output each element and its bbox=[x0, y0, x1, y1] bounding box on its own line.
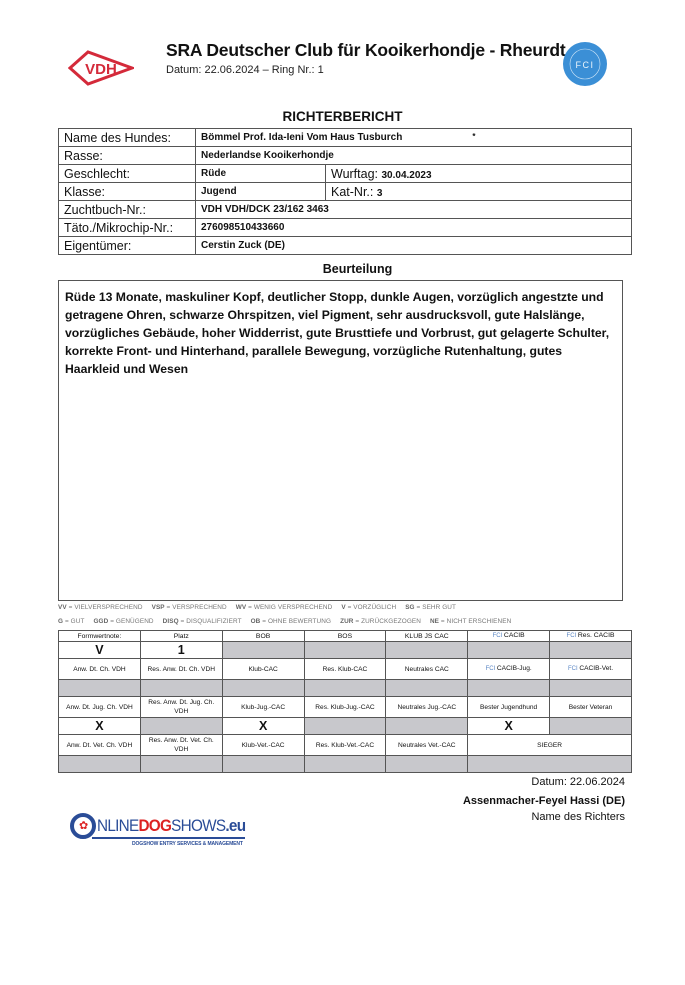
award-mark-cell bbox=[386, 642, 468, 659]
award-label-cell: Res. Anw. Dt. Jug. Ch. VDH bbox=[140, 697, 222, 718]
vdh-logo-text: VDH bbox=[85, 61, 117, 78]
logo-wordmark: NLINEDOGSHOWS.eu bbox=[97, 816, 245, 836]
value-sex: Rüde bbox=[196, 165, 326, 183]
award-mark-cell bbox=[304, 718, 386, 735]
award-label-cell: Neutrales Vet.-CAC bbox=[386, 735, 468, 756]
award-mark-cell bbox=[222, 756, 304, 773]
legend-item: SG = SEHR GUT bbox=[405, 604, 456, 611]
award-header-cell: BOB bbox=[222, 631, 304, 642]
label-owner: Eigentümer: bbox=[59, 237, 196, 255]
award-mark-cell bbox=[386, 756, 468, 773]
award-label-cell: Res. Klub-CAC bbox=[304, 659, 386, 680]
row-owner: Eigentümer: Cerstin Zuck (DE) bbox=[59, 237, 632, 255]
fci-logo: FCI bbox=[562, 41, 608, 87]
awards-label-row: Anw. Dt. Jug. Ch. VDHRes. Anw. Dt. Jug. … bbox=[59, 697, 632, 718]
awards-header-row: Formwertnote:PlatzBOBBOSKLUB JS CACFCI C… bbox=[59, 631, 632, 642]
award-header-cell: Platz bbox=[140, 631, 222, 642]
award-mark-cell bbox=[140, 756, 222, 773]
awards-label-row: Anw. Dt. Vet. Ch. VDHRes. Anw. Dt. Vet. … bbox=[59, 735, 632, 756]
row-class: Klasse: Jugend Kat-Nr.: 3 bbox=[59, 183, 632, 201]
fci-logo-text: FCI bbox=[576, 60, 595, 70]
legend-item: V = VORZÜGLICH bbox=[341, 604, 396, 611]
award-header-cell: Formwertnote: bbox=[59, 631, 141, 642]
legend-item: NE = NICHT ERSCHIENEN bbox=[430, 618, 511, 625]
award-mark-cell: V bbox=[59, 642, 141, 659]
label-class: Klasse: bbox=[59, 183, 196, 201]
award-header-cell: KLUB JS CAC bbox=[386, 631, 468, 642]
logo-ring-icon: ✿ bbox=[70, 813, 96, 839]
assessment-text: Rüde 13 Monate, maskuliner Kopf, deutlic… bbox=[58, 280, 623, 601]
award-label-cell: Anw. Dt. Ch. VDH bbox=[59, 659, 141, 680]
onlinedogshows-logo: ✿ NLINEDOGSHOWS.eu DOGSHOW ENTRY SERVICE… bbox=[70, 813, 255, 853]
assessment-title: Beurteilung bbox=[0, 262, 685, 276]
award-mark-cell bbox=[550, 718, 632, 735]
label-dog-name: Name des Hundes: bbox=[59, 129, 196, 147]
award-header-cell: BOS bbox=[304, 631, 386, 642]
award-mark-cell: X bbox=[59, 718, 141, 735]
award-label-cell: Bester Jugendhund bbox=[468, 697, 550, 718]
legend-item: ZUR = ZURÜCKGEZOGEN bbox=[340, 618, 421, 625]
award-header-cell: FCI CACIB bbox=[468, 631, 550, 642]
row-breed: Rasse: Nederlandse Kooikerhondje bbox=[59, 147, 632, 165]
judge-caption: Name des Richters bbox=[531, 811, 625, 823]
award-label-cell: Res. Anw. Dt. Ch. VDH bbox=[140, 659, 222, 680]
award-mark-cell bbox=[140, 718, 222, 735]
value-dog-name: Bömmel Prof. Ida-Ieni Vom Haus Tusburch* bbox=[196, 129, 632, 147]
row-studbook: Zuchtbuch-Nr.: VDH VDH/DCK 23/162 3463 bbox=[59, 201, 632, 219]
legend-item: G = GUT bbox=[58, 618, 84, 625]
value-date-of-birth: 30.04.2023 bbox=[382, 170, 432, 181]
award-mark-cell bbox=[59, 756, 141, 773]
award-mark-cell bbox=[59, 680, 141, 697]
award-mark-cell bbox=[468, 642, 550, 659]
legend-item: WV = WENIG VERSPRECHEND bbox=[236, 604, 333, 611]
value-microchip: 276098510433660 bbox=[196, 219, 632, 237]
award-mark-cell bbox=[222, 680, 304, 697]
awards-mark-row bbox=[59, 680, 632, 697]
dog-info-table: Name des Hundes: Bömmel Prof. Ida-Ieni V… bbox=[58, 128, 632, 255]
award-mark-cell: X bbox=[222, 718, 304, 735]
award-label-cell: Bester Veteran bbox=[550, 697, 632, 718]
award-mark-cell bbox=[468, 680, 550, 697]
award-mark-cell bbox=[550, 642, 632, 659]
field-catalog-number: Kat-Nr.: 3 bbox=[326, 183, 632, 201]
award-mark-cell: 1 bbox=[140, 642, 222, 659]
award-mark-cell bbox=[386, 718, 468, 735]
label-sex: Geschlecht: bbox=[59, 165, 196, 183]
award-label-cell: Anw. Dt. Jug. Ch. VDH bbox=[59, 697, 141, 718]
award-mark-cell bbox=[550, 680, 632, 697]
award-mark-cell bbox=[304, 680, 386, 697]
value-owner: Cerstin Zuck (DE) bbox=[196, 237, 632, 255]
awards-grid: Formwertnote:PlatzBOBBOSKLUB JS CACFCI C… bbox=[58, 630, 632, 773]
value-catalog-number: 3 bbox=[377, 188, 383, 199]
award-label-cell: Neutrales CAC bbox=[386, 659, 468, 680]
legend-item: GGD = GENÜGEND bbox=[93, 618, 153, 625]
logo-tagline: DOGSHOW ENTRY SERVICES & MANAGEMENT bbox=[132, 841, 243, 847]
award-label-cell: Res. Klub-Vet.-CAC bbox=[304, 735, 386, 756]
award-label-cell: Klub-Vet.-CAC bbox=[222, 735, 304, 756]
vdh-logo: VDH bbox=[68, 47, 134, 89]
legend-item: VV = VIELVERSPRECHEND bbox=[58, 604, 143, 611]
row-dog-name: Name des Hundes: Bömmel Prof. Ida-Ieni V… bbox=[59, 129, 632, 147]
value-studbook: VDH VDH/DCK 23/162 3463 bbox=[196, 201, 632, 219]
award-mark-cell bbox=[468, 756, 632, 773]
judge-name: Assenmacher-Feyel Hassi (DE) bbox=[463, 795, 625, 807]
awards-label-row: Anw. Dt. Ch. VDHRes. Anw. Dt. Ch. VDHKlu… bbox=[59, 659, 632, 680]
paw-icon: ✿ bbox=[79, 821, 88, 832]
award-label-cell: Res. Klub-Jug.-CAC bbox=[304, 697, 386, 718]
award-mark-cell bbox=[222, 642, 304, 659]
award-mark-cell bbox=[304, 642, 386, 659]
report-title: RICHTERBERICHT bbox=[0, 109, 685, 124]
award-mark-cell: X bbox=[468, 718, 550, 735]
legend-item: DISQ = DISQUALIFIZIERT bbox=[163, 618, 242, 625]
club-title: SRA Deutscher Club für Kooikerhondje - R… bbox=[166, 40, 565, 61]
award-label-cell: Klub-Jug.-CAC bbox=[222, 697, 304, 718]
value-breed: Nederlandse Kooikerhondje bbox=[196, 147, 632, 165]
award-label-cell: SIEGER bbox=[468, 735, 632, 756]
award-label-cell: Neutrales Jug.-CAC bbox=[386, 697, 468, 718]
event-date-ring: Datum: 22.06.2024 – Ring Nr.: 1 bbox=[166, 64, 324, 76]
label-microchip: Täto./Mikrochip-Nr.: bbox=[59, 219, 196, 237]
award-label-cell: Anw. Dt. Vet. Ch. VDH bbox=[59, 735, 141, 756]
awards-mark-row bbox=[59, 756, 632, 773]
legend-item: OB = OHNE BEWERTUNG bbox=[251, 618, 331, 625]
row-microchip: Täto./Mikrochip-Nr.: 276098510433660 bbox=[59, 219, 632, 237]
label-studbook: Zuchtbuch-Nr.: bbox=[59, 201, 196, 219]
award-mark-cell bbox=[386, 680, 468, 697]
field-date-of-birth: Wurftag: 30.04.2023 bbox=[326, 165, 632, 183]
grade-legend-line-2: G = GUTGGD = GENÜGENDDISQ = DISQUALIFIZI… bbox=[58, 618, 520, 625]
logo-underline bbox=[92, 837, 245, 839]
label-breed: Rasse: bbox=[59, 147, 196, 165]
value-class: Jugend bbox=[196, 183, 326, 201]
award-label-cell: Klub-CAC bbox=[222, 659, 304, 680]
award-header-cell: FCI Res. CACIB bbox=[550, 631, 632, 642]
award-label-cell: Res. Anw. Dt. Vet. Ch. VDH bbox=[140, 735, 222, 756]
legend-item: VSP = VERSPRECHEND bbox=[152, 604, 227, 611]
row-sex: Geschlecht: Rüde Wurftag: 30.04.2023 bbox=[59, 165, 632, 183]
award-label-cell: FCI CACIB-Vet. bbox=[550, 659, 632, 680]
signature-date: Datum: 22.06.2024 bbox=[531, 776, 625, 788]
grade-legend-line-1: VV = VIELVERSPRECHENDVSP = VERSPRECHENDW… bbox=[58, 604, 465, 611]
award-label-cell: FCI CACIB-Jug. bbox=[468, 659, 550, 680]
award-mark-cell bbox=[140, 680, 222, 697]
awards-mark-row: V1 bbox=[59, 642, 632, 659]
award-mark-cell bbox=[304, 756, 386, 773]
awards-mark-row: XXX bbox=[59, 718, 632, 735]
